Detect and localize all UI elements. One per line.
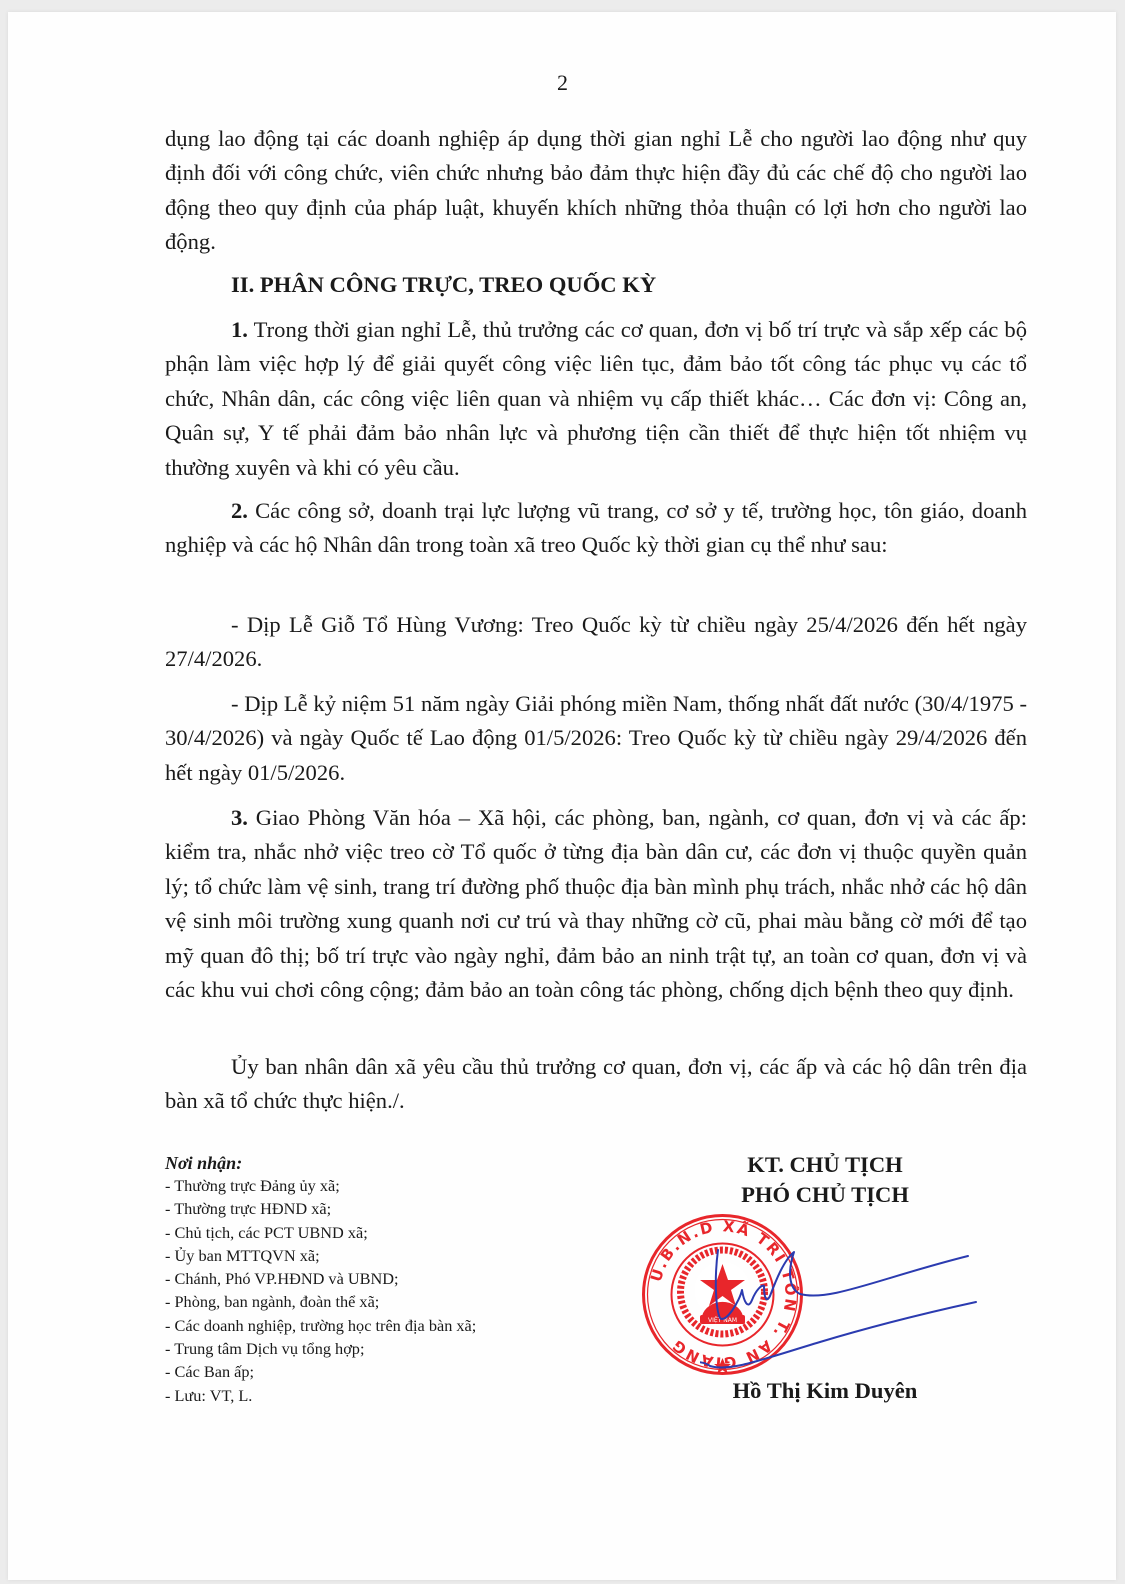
flag-schedule-2: - Dịp Lễ kỷ niệm 51 năm ngày Giải phóng … xyxy=(165,687,1027,790)
item-1: 1. Trong thời gian nghỉ Lễ, thủ trưởng c… xyxy=(165,313,1027,485)
recipient-item: - Lưu: VT, L. xyxy=(165,1384,585,1407)
section-heading: II. PHÂN CÔNG TRỰC, TREO QUỐC KỲ xyxy=(231,268,656,302)
signature-line-2: PHÓ CHỦ TỊCH xyxy=(700,1180,950,1210)
item-text: Giao Phòng Văn hóa – Xã hội, các phòng, … xyxy=(165,805,1027,1002)
recipients-block: Nơi nhận: - Thường trực Đảng ủy xã;- Thư… xyxy=(165,1152,585,1407)
recipient-item: - Chánh, Phó VP.HĐND và UBND; xyxy=(165,1267,585,1290)
signature-title: KT. CHỦ TỊCH PHÓ CHỦ TỊCH xyxy=(700,1150,950,1210)
item-number: 2. xyxy=(231,498,248,523)
recipient-item: - Trung tâm Dịch vụ tổng hợp; xyxy=(165,1337,585,1360)
closing-paragraph: Ủy ban nhân dân xã yêu cầu thủ trưởng cơ… xyxy=(165,1050,1027,1119)
schedule-text: - Dịp Lễ Giỗ Tổ Hùng Vương: Treo Quốc kỳ… xyxy=(165,608,1027,677)
recipient-item: - Thường trực HĐND xã; xyxy=(165,1197,585,1220)
item-text: Các công sở, doanh trại lực lượng vũ tra… xyxy=(165,498,1027,557)
recipient-item: - Phòng, ban ngành, đoàn thể xã; xyxy=(165,1290,585,1313)
recipients-list: - Thường trực Đảng ủy xã;- Thường trực H… xyxy=(165,1174,585,1407)
item-2: 2. Các công sở, doanh trại lực lượng vũ … xyxy=(165,494,1027,563)
recipient-item: - Thường trực Đảng ủy xã; xyxy=(165,1174,585,1197)
intro-text: dụng lao động tại các doanh nghiệp áp dụ… xyxy=(165,122,1027,260)
schedule-text: - Dịp Lễ kỷ niệm 51 năm ngày Giải phóng … xyxy=(165,687,1027,790)
flag-schedule-1: - Dịp Lễ Giỗ Tổ Hùng Vương: Treo Quốc kỳ… xyxy=(165,608,1027,677)
item-number: 1. xyxy=(231,317,248,342)
item-number: 3. xyxy=(231,805,248,830)
intro-paragraph: dụng lao động tại các doanh nghiệp áp dụ… xyxy=(165,122,1027,260)
closing-text: Ủy ban nhân dân xã yêu cầu thủ trưởng cơ… xyxy=(165,1050,1027,1119)
item-text: Trong thời gian nghỉ Lễ, thủ trưởng các … xyxy=(165,317,1027,480)
recipient-item: - Ủy ban MTTQVN xã; xyxy=(165,1244,585,1267)
recipients-title: Nơi nhận: xyxy=(165,1152,585,1174)
signature-line-1: KT. CHỦ TỊCH xyxy=(700,1150,950,1180)
page-number: 2 xyxy=(0,70,1125,96)
recipient-item: - Chủ tịch, các PCT UBND xã; xyxy=(165,1221,585,1244)
signer-name: Hồ Thị Kim Duyên xyxy=(690,1378,960,1404)
handwritten-signature-icon xyxy=(700,1230,980,1380)
item-3: 3. Giao Phòng Văn hóa – Xã hội, các phòn… xyxy=(165,801,1027,1007)
recipient-item: - Các doanh nghiệp, trường học trên địa … xyxy=(165,1314,585,1337)
recipient-item: - Các Ban ấp; xyxy=(165,1360,585,1383)
